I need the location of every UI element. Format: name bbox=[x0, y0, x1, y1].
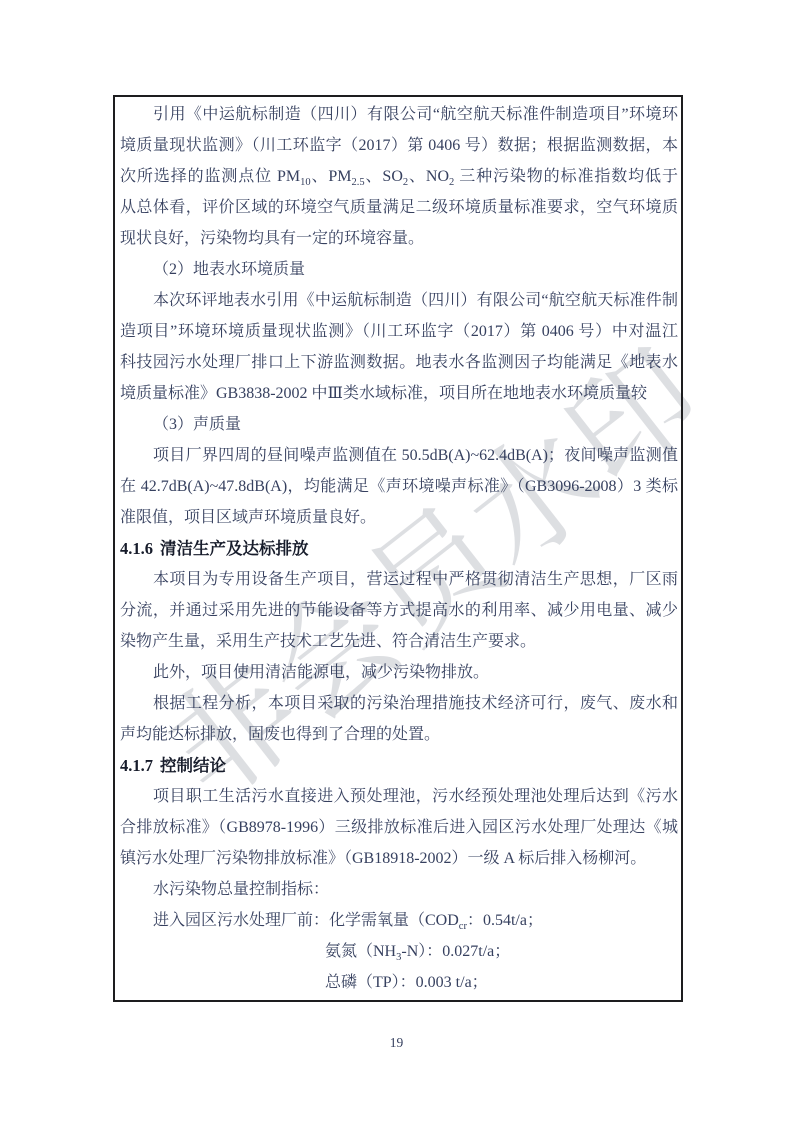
text-segment: 、PM bbox=[311, 168, 352, 185]
text-line: 境质量标准》GB3838-2002 中Ⅲ类水域标准，项目所在地地表水环境质量较好… bbox=[120, 378, 678, 409]
section-title: 控制结论 bbox=[160, 757, 226, 775]
text-segment: 进入园区污水处理厂前：化学需氧量（COD bbox=[153, 912, 459, 929]
text-line: 根据工程分析，本项目采取的污染治理措施技术经济可行，废气、废水和噪 bbox=[120, 688, 678, 719]
text-line: 染物产生量，采用生产技术工艺先进、符合清洁生产要求。 bbox=[120, 626, 678, 657]
text-line: 次所选择的监测点位 PM10、PM2.5、SO2、NO2 三种污染物的标准指数均… bbox=[120, 161, 678, 192]
text-line: 声均能达标排放，固废也得到了合理的处置。 bbox=[120, 719, 678, 750]
text-line: （2）地表水环境质量 bbox=[120, 254, 678, 285]
text-line: 分流，并通过采用先进的节能设备等方式提高水的利用率、减少用电量、减少污 bbox=[120, 595, 678, 626]
text-line: 在 42.7dB(A)~47.8dB(A)，均能满足《声环境噪声标准》（GB30… bbox=[120, 471, 678, 502]
text-segment: 、SO bbox=[365, 168, 403, 185]
text-segment: ：0.54t/a； bbox=[467, 912, 543, 929]
section-heading-4-1-6: 4.1.6清洁生产及达标排放 bbox=[120, 533, 678, 564]
text-line: 总磷（TP）：0.003 t/a； bbox=[120, 967, 678, 998]
text-line: 水污染物总量控制指标： bbox=[120, 874, 678, 905]
text-line: 科技园污水处理厂排口上下游监测数据。地表水各监测因子均能满足《地表水环 bbox=[120, 347, 678, 378]
subscript: cr bbox=[459, 921, 467, 932]
subscript: 2.5 bbox=[352, 177, 365, 188]
text-line: 引用《中运航标制造（四川）有限公司“航空航天标准件制造项目”环境环 bbox=[120, 99, 678, 130]
text-line: 此外，项目使用清洁能源电，减少污染物排放。 bbox=[120, 657, 678, 688]
text-line: 项目职工生活污水直接进入预处理池，污水经预处理池处理后达到《污水综 bbox=[120, 781, 678, 812]
text-line: 准限值，项目区域声环境质量良好。 bbox=[120, 502, 678, 533]
text-line: 进入园区污水处理厂前：化学需氧量（CODcr：0.54t/a； bbox=[120, 905, 678, 936]
text-line: 本项目为专用设备生产项目，营运过程中严格贯彻清洁生产思想，厂区雨污 bbox=[120, 564, 678, 595]
document-page: 非会员水印 引用《中运航标制造（四川）有限公司“航空航天标准件制造项目”环境环 … bbox=[0, 0, 793, 1122]
text-segment: 、NO bbox=[408, 168, 449, 185]
page-number: 19 bbox=[0, 1035, 793, 1055]
document-border-frame: 引用《中运航标制造（四川）有限公司“航空航天标准件制造项目”环境环 境质量现状监… bbox=[113, 95, 683, 1002]
text-segment: 氨氮（NH bbox=[325, 943, 396, 960]
text-segment: -N）：0.027t/a； bbox=[401, 943, 510, 960]
text-line: 造项目”环境环境质量现状监测》（川工环监字（2017）第 0406 号）中对温江 bbox=[120, 316, 678, 347]
section-heading-4-1-7: 4.1.7控制结论 bbox=[120, 750, 678, 781]
section-number: 4.1.6 bbox=[120, 539, 153, 558]
text-line: 合排放标准》（GB8978-1996）三级排放标准后进入园区污水处理厂处理达《城 bbox=[120, 812, 678, 843]
text-line: （3）声质量 bbox=[120, 409, 678, 440]
text-line: 现状良好，污染物均具有一定的环境容量。 bbox=[120, 223, 678, 254]
section-number: 4.1.7 bbox=[120, 756, 153, 775]
text-line: 从总体看，评价区域的环境空气质量满足二级环境质量标准要求，空气环境质量 bbox=[120, 192, 678, 223]
text-line: 项目厂界四周的昼间噪声监测值在 50.5dB(A)~62.4dB(A)；夜间噪声… bbox=[120, 440, 678, 471]
text-line: 本次环评地表水引用《中运航标制造（四川）有限公司“航空航天标准件制 bbox=[120, 285, 678, 316]
section-title: 清洁生产及达标排放 bbox=[160, 540, 309, 558]
text-line: 氨氮（NH3-N）：0.027t/a； bbox=[120, 936, 678, 967]
text-line: 镇污水处理厂污染物排放标准》（GB18918-2002）一级 A 标后排入杨柳河… bbox=[120, 843, 678, 874]
text-line: 境质量现状监测》（川工环监字（2017）第 0406 号）数据；根据监测数据，本 bbox=[120, 130, 678, 161]
subscript: 10 bbox=[300, 177, 311, 188]
text-segment: 次所选择的监测点位 PM bbox=[120, 168, 300, 185]
